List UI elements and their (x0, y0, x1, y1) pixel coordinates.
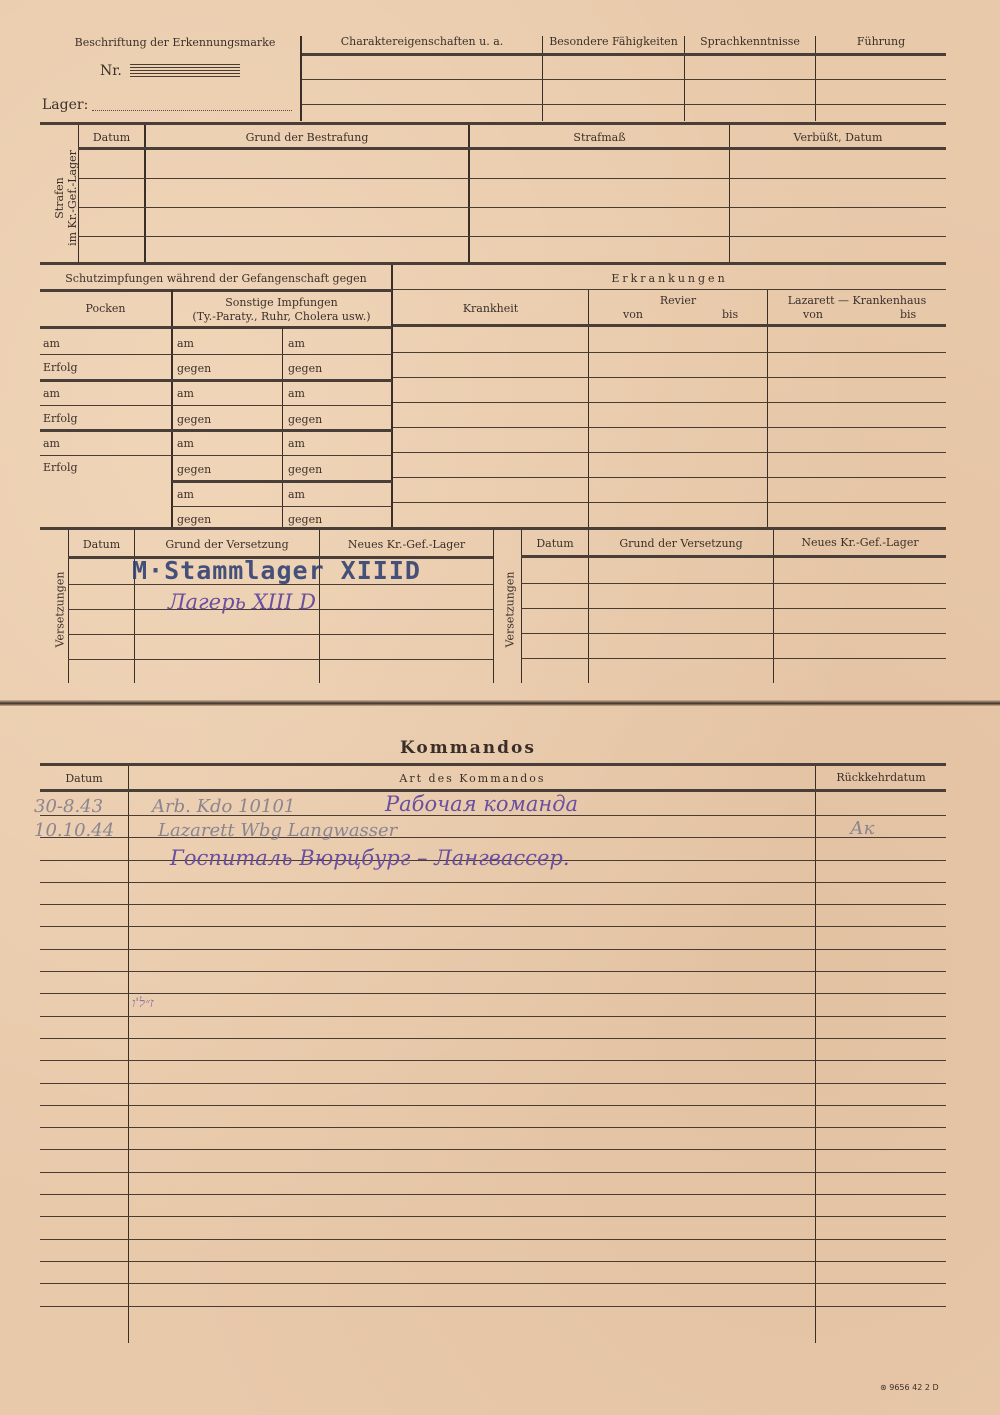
margin-note: ז״ל'ו (132, 995, 154, 1011)
kommandos-rule-line (40, 1194, 946, 1195)
sonstige-gegen-1a: gegen (177, 362, 211, 375)
sonstige-label-1: Sonstige Impfungen (172, 296, 391, 309)
sonstige-am-4b: am (288, 488, 305, 501)
print-logo-icon: ⊛ (880, 1383, 887, 1392)
lager-field[interactable] (92, 110, 292, 111)
lazarett-label: Lazarett — Krankenhaus (768, 294, 946, 307)
pocken-am-2: am (43, 387, 60, 400)
sonstige-am-2a: am (177, 387, 194, 400)
col-datum: Datum (79, 131, 144, 144)
strafen-side-label: Strafen im Kr.-Gef.-Lager (53, 128, 79, 268)
pocken-erfolg-2: Erfolg (43, 412, 78, 425)
revier-label: Revier (589, 294, 767, 307)
col-sprachen: Sprachkenntnisse (685, 35, 815, 48)
col-strafmass: Strafmaß (470, 131, 729, 144)
kommandos-rule-line (40, 1038, 946, 1039)
nr-label: Nr. (100, 63, 122, 79)
pocken-am-1: am (43, 337, 60, 350)
kommandos-rule-line (40, 882, 946, 883)
kom-col-rueckkehr: Rückkehrdatum (816, 771, 946, 784)
sonstige-am-2b: am (288, 387, 305, 400)
erkrankungen-title: Erkrankungen (393, 272, 946, 285)
versetzung-handwritten: Лагерь XIII D (168, 590, 316, 614)
pocken-erfolg-3: Erfolg (43, 461, 78, 474)
pocken-erfolg-1: Erfolg (43, 361, 78, 374)
kommandos-rule-line (40, 1172, 946, 1173)
sonstige-label-2: (Ty.-Paraty., Ruhr, Cholera usw.) (172, 310, 391, 323)
col-verbuesst: Verbüßt, Datum (730, 131, 946, 144)
kommandos-rule-line (40, 1149, 946, 1150)
kommandos-rule-line (40, 1083, 946, 1084)
impfungen-title: Schutzimpfungen während der Gefangenscha… (40, 272, 392, 285)
kommandos-rule-line (40, 1261, 946, 1262)
sonstige-am-1a: am (177, 337, 194, 350)
kommandos-rule-line (40, 1060, 946, 1061)
kommandos-rule-line (40, 1127, 946, 1128)
kommandos-rule-line (40, 1239, 946, 1240)
sonstige-am-3a: am (177, 437, 194, 450)
kommandos-rule-line (40, 1105, 946, 1106)
stammlager-stamp: M·Stammlager XIIID (132, 556, 421, 585)
sonstige-am-1b: am (288, 337, 305, 350)
kom-entry-1-art-ink: Рабочая команда (385, 792, 578, 816)
vers-col-lager-left: Neues Kr.-Gef.-Lager (320, 538, 493, 551)
versetzungen-side-label-left: Versetzungen (54, 555, 67, 665)
vers-col-datum-left: Datum (69, 538, 134, 551)
vers-col-grund-left: Grund der Versetzung (135, 538, 319, 551)
lager-label: Lager: (42, 97, 88, 113)
revier-bis: bis (722, 308, 738, 321)
vers-col-grund-right: Grund der Versetzung (589, 537, 773, 550)
kommandos-rule-line (40, 971, 946, 972)
vers-col-datum-right: Datum (522, 537, 588, 550)
kommandos-title: Kommandos (400, 738, 536, 758)
sonstige-gegen-2b: gegen (288, 413, 322, 426)
sonstige-gegen-4a: gegen (177, 513, 211, 526)
sonstige-gegen-1b: gegen (288, 362, 322, 375)
col-grund-bestrafung: Grund der Bestrafung (146, 131, 468, 144)
versetzungen-side-label-right: Versetzungen (504, 555, 517, 665)
vers-col-lager-right: Neues Kr.-Gef.-Lager (774, 536, 946, 549)
kommandos-rule-line (40, 1283, 946, 1284)
kommandos-rule-line (40, 993, 946, 994)
kom-col-datum: Datum (40, 772, 128, 785)
kom-entry-1-datum: 30-8.43 (34, 796, 103, 817)
kommandos-rule-line (40, 1306, 946, 1307)
kom-entry-3-art-ink: Госпиталь Вюрцбург – Лангвассер. (170, 846, 570, 870)
lazarett-bis: bis (900, 308, 916, 321)
col-charakter: Charaktereigenschaften u. a. (302, 35, 542, 48)
kommandos-rule-line (40, 949, 946, 950)
kom-col-art: Art des Kommandos (130, 772, 815, 785)
revier-von: von (623, 308, 643, 321)
sonstige-gegen-3b: gegen (288, 463, 322, 476)
sonstige-gegen-4b: gegen (288, 513, 322, 526)
pocken-label: Pocken (40, 302, 171, 315)
kommandos-rule-line (40, 904, 946, 905)
pocken-am-3: am (43, 437, 60, 450)
kommandos-rule-line (40, 926, 946, 927)
sonstige-gegen-2a: gegen (177, 413, 211, 426)
beschriftung-label: Beschriftung der Erkennungsmarke (55, 36, 295, 49)
sonstige-am-4a: am (177, 488, 194, 501)
kommandos-rule-line (40, 1016, 946, 1017)
fold-crease (0, 700, 1000, 706)
kom-entry-2-art-pencil: Lazarett Wbg Langwasser (158, 820, 397, 841)
krankheit-label: Krankheit (393, 302, 588, 315)
col-faehigkeiten: Besondere Fähigkeiten (543, 35, 684, 48)
kom-entry-2-datum: 10.10.44 (34, 820, 114, 841)
kommandos-rule-line (40, 1216, 946, 1217)
sonstige-gegen-3a: gegen (177, 463, 211, 476)
col-fuehrung: Führung (816, 35, 946, 48)
print-code: ⊛ 9656 42 2 D (880, 1383, 939, 1392)
kom-entry-2-rueckkehr: Ак (850, 818, 874, 839)
lazarett-von: von (803, 308, 823, 321)
kom-entry-1-art-pencil: Arb. Kdo 10101 (152, 796, 295, 817)
sonstige-am-3b: am (288, 437, 305, 450)
